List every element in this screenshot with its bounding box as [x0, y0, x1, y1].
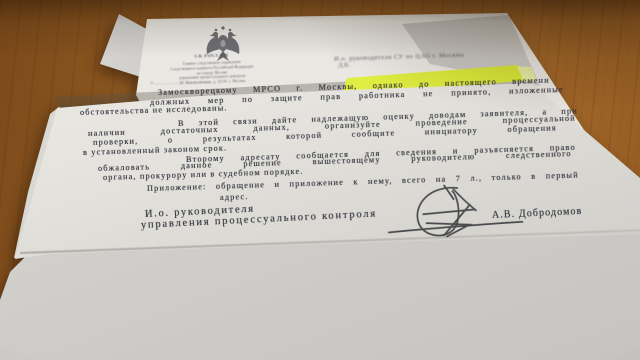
photo-of-official-letter-on-desk: СК РОССИИ Главное следственное управлени… [0, 0, 640, 360]
desk-shadow [0, 0, 640, 360]
